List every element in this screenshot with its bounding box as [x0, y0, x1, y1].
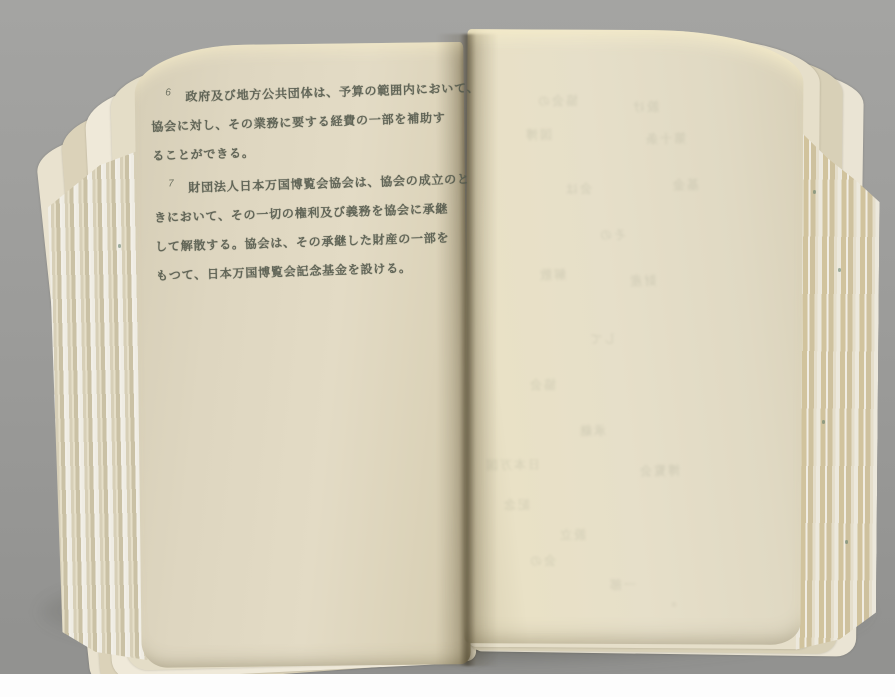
bleedthrough-fragment: 会の — [528, 552, 556, 569]
bleedthrough-fragment: 会は — [564, 180, 592, 197]
left-page-text: 6政府及び地方公共団体は、予算の範囲内において、協会に対し、その業務に要する経費… — [150, 74, 488, 295]
bleedthrough-fragment: 設け — [631, 98, 659, 115]
bleedthrough-fragment: 。 — [662, 592, 676, 609]
bleedthrough-fragment: 記念 — [502, 496, 530, 513]
bleedthrough-fragment: 協会の — [536, 92, 578, 110]
photo-white-border — [0, 674, 895, 697]
paragraph: 6政府及び地方公共団体は、予算の範囲内において、協会に対し、その業務に要する経費… — [150, 74, 485, 171]
bleedthrough-fragment: 財産 — [628, 272, 656, 289]
bleedthrough-fragment: その — [598, 226, 626, 243]
bleedthrough-fragment: 協会 — [528, 376, 556, 393]
page-edge-speck — [813, 190, 816, 194]
paragraph: 7財団法人日本万国博覧会協会は、協会の成立のときにおいて、その一切の権利及び義務… — [153, 165, 488, 291]
page-edge-speck — [118, 244, 121, 248]
page-edge-speck — [822, 420, 825, 424]
book-photograph: 6政府及び地方公共団体は、予算の範囲内において、協会に対し、その業務に要する経費… — [0, 0, 895, 697]
bleedthrough-fragment: 解散 — [538, 266, 566, 283]
bleedthrough-fragment: 設立 — [558, 526, 586, 543]
page-edge-speck — [838, 268, 841, 272]
bleedthrough-fragment: 一部 — [608, 576, 636, 593]
bleedthrough-fragment: 基金 — [671, 176, 699, 193]
bleedthrough-fragment: 国博 — [524, 126, 552, 143]
bleedthrough-fragment: 第十条 — [644, 130, 686, 148]
right-page — [464, 29, 803, 645]
bleedthrough-fragment: 日本万国 — [484, 456, 540, 474]
bleedthrough-fragment: 博覧会 — [638, 462, 680, 480]
bleedthrough-fragment: して — [588, 330, 616, 347]
bleedthrough-fragment: 承継 — [578, 422, 606, 439]
right-page-fore-edge — [796, 110, 881, 651]
page-edge-speck — [845, 540, 848, 544]
